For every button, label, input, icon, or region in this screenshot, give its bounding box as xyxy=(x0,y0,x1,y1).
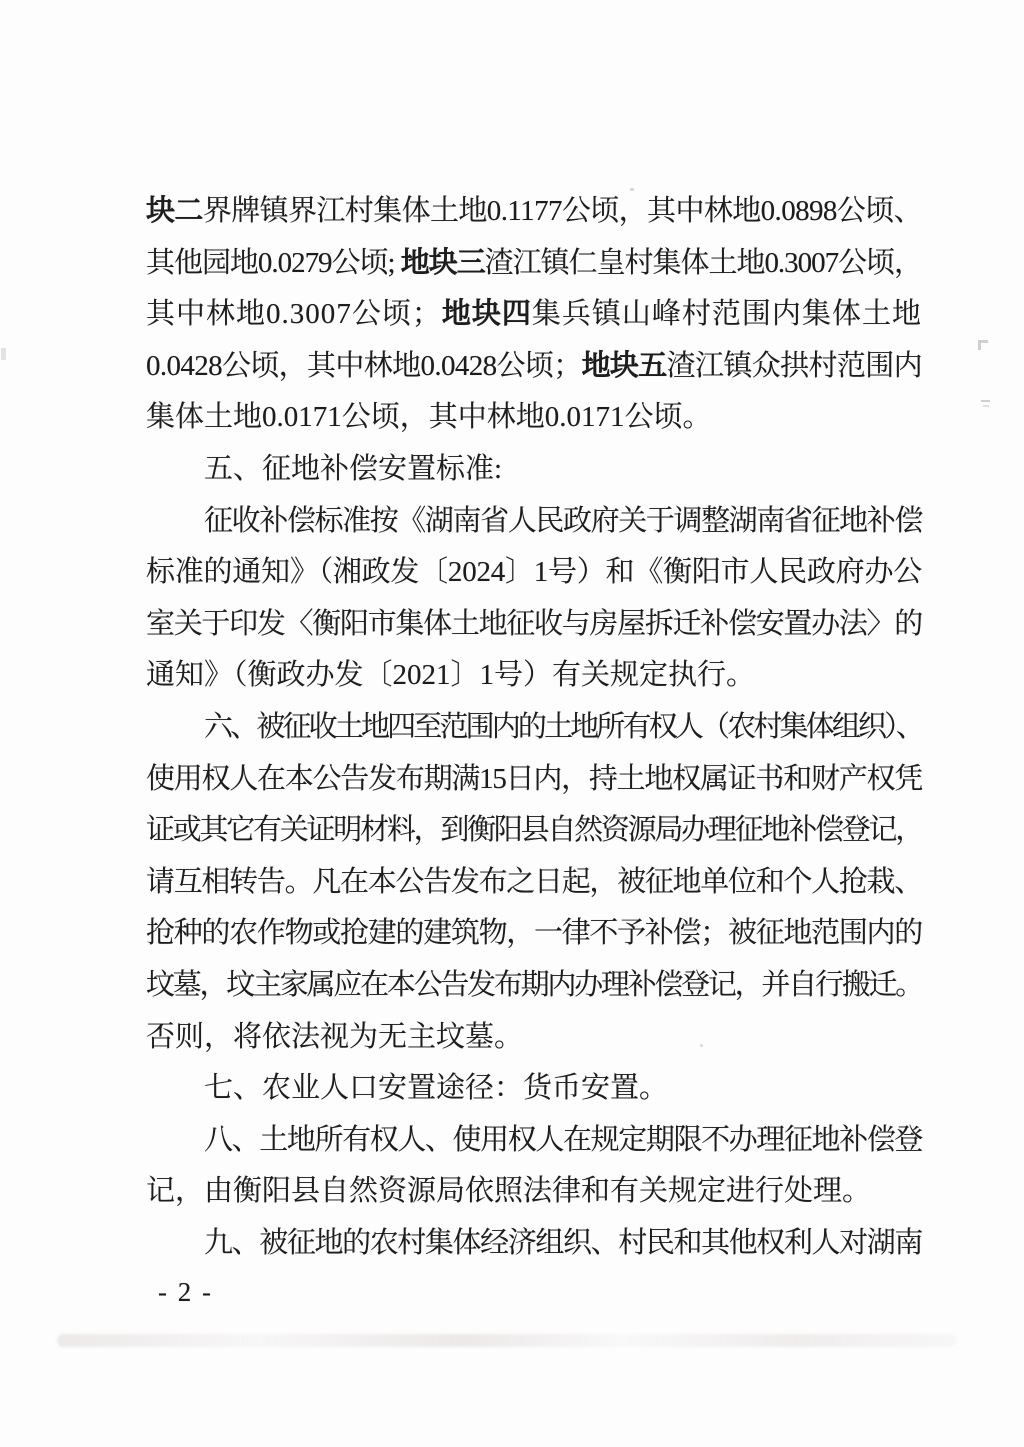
text-line: 通知》（衡政办发〔2021〕1号）有关规定执行。 xyxy=(146,650,922,702)
text-segment: 抢种的农作物或抢建的建筑物，一律不予补偿；被征地范围内的 xyxy=(146,917,922,949)
text-segment: 渣江镇众拱村范围内 xyxy=(667,350,922,382)
text-segment: 使用权人在本公告发布期满15日内，持土地权属证书和财产权凭 xyxy=(146,763,922,795)
text-line: 其中林地0.3007公顷；地块四集兵镇山峰村范围内集体土地 xyxy=(146,289,922,341)
bold-text-segment: 地块四 xyxy=(442,298,532,330)
bold-text-segment: 块二 xyxy=(146,195,203,227)
text-segment: 八、土地所有权人、使用权人在规定期限不办理征地补偿登 xyxy=(204,1124,922,1156)
text-line: 请互相转告。凡在本公告发布之日起，被征地单位和个人抢栽、 xyxy=(146,857,922,909)
text-line: 六、被征收土地四至范围内的土地所有权人（农村集体组织）、 xyxy=(146,702,922,754)
text-line: 九、被征地的农村集体经济组织、村民和其他权利人对湖南 xyxy=(146,1218,922,1270)
text-segment: 五、征地补偿安置标准: xyxy=(204,453,502,485)
text-line: 记，由衡阳县自然资源局依照法律和有关规定进行处理。 xyxy=(146,1166,922,1218)
text-segment: 征收补偿标准按《湖南省人民政府关于调整湖南省征地补偿 xyxy=(204,505,922,537)
text-segment: 记，由衡阳县自然资源局依照法律和有关规定进行处理。 xyxy=(146,1175,871,1207)
text-segment: 否则，将依法视为无主坟墓。 xyxy=(146,1021,523,1053)
text-segment: 渣江镇仁皇村集体土地0.3007公顷， xyxy=(485,247,922,279)
text-segment: 室关于印发〈衡阳市集体土地征收与房屋拆迁补偿安置办法〉的 xyxy=(146,608,922,640)
text-line: 征收补偿标准按《湖南省人民政府关于调整湖南省征地补偿 xyxy=(146,496,922,548)
text-segment: 证或其它有关证明材料，到衡阳县自然资源局办理征地补偿登记， xyxy=(146,814,922,846)
text-segment: 七、农业人口安置途径：货币安置。 xyxy=(204,1072,668,1104)
text-segment: 六、被征收土地四至范围内的土地所有权人（农村集体组织）、 xyxy=(204,711,922,743)
scan-speck-artifact xyxy=(700,1044,703,1047)
text-line: 其他园地0.0279公顷; 地块三渣江镇仁皇村集体土地0.3007公顷， xyxy=(146,238,922,290)
text-line: 抢种的农作物或抢建的建筑物，一律不予补偿；被征地范围内的 xyxy=(146,908,922,960)
text-line: 标准的通知》（湘政发〔2024〕1号）和《衡阳市人民政府办公 xyxy=(146,547,922,599)
text-line: 集体土地0.0171公顷，其中林地0.0171公顷。 xyxy=(146,392,922,444)
text-segment: 坟墓，坟主家属应在本公告发布期内办理补偿登记，并自行搬迁。 xyxy=(146,969,922,1001)
text-segment: 其中林地0.3007公顷； xyxy=(146,298,442,330)
text-line: 五、征地补偿安置标准: xyxy=(146,444,922,496)
text-line: 否则，将依法视为无主坟墓。 xyxy=(146,1012,922,1064)
scan-speck-artifact xyxy=(1,348,6,360)
text-segment: 集兵镇山峰村范围内集体土地 xyxy=(532,298,922,330)
page-number: - 2 - xyxy=(158,1272,213,1312)
bold-text-segment: 地块三 xyxy=(401,247,485,279)
text-line: 块二界牌镇界江村集体土地0.1177公顷，其中林地0.0898公顷、 xyxy=(146,186,922,238)
text-line: 证或其它有关证明材料，到衡阳县自然资源局办理征地补偿登记， xyxy=(146,805,922,857)
text-segment: 九、被征地的农村集体经济组织、村民和其他权利人对湖南 xyxy=(204,1227,922,1259)
text-segment: 界牌镇界江村集体土地0.1177公顷，其中林地0.0898公顷、 xyxy=(203,195,922,227)
document-body-text: 块二界牌镇界江村集体土地0.1177公顷，其中林地0.0898公顷、其他园地0.… xyxy=(146,186,922,1269)
scan-smudge-artifact xyxy=(57,1334,957,1347)
text-segment: 请互相转告。凡在本公告发布之日起，被征地单位和个人抢栽、 xyxy=(146,866,922,898)
scan-speck-artifact xyxy=(978,343,981,350)
scan-speck-artifact xyxy=(630,188,634,191)
text-segment: 标准的通知》（湘政发〔2024〕1号）和《衡阳市人民政府办公 xyxy=(146,556,922,588)
scan-speck-artifact xyxy=(983,405,989,407)
text-line: 七、农业人口安置途径：货币安置。 xyxy=(146,1063,922,1115)
text-line: 0.0428公顷，其中林地0.0428公顷；地块五渣江镇众拱村范围内 xyxy=(146,341,922,393)
text-line: 坟墓，坟主家属应在本公告发布期内办理补偿登记，并自行搬迁。 xyxy=(146,960,922,1012)
scanned-document-page: 块二界牌镇界江村集体土地0.1177公顷，其中林地0.0898公顷、其他园地0.… xyxy=(0,0,1024,1447)
text-line: 室关于印发〈衡阳市集体土地征收与房屋拆迁补偿安置办法〉的 xyxy=(146,599,922,651)
text-segment: 0.0428公顷，其中林地0.0428公顷； xyxy=(146,350,582,382)
text-segment: 集体土地0.0171公顷，其中林地0.0171公顷。 xyxy=(146,401,712,433)
text-segment: 其他园地0.0279公顷; xyxy=(146,247,401,279)
scan-speck-artifact xyxy=(981,400,990,402)
text-line: 八、土地所有权人、使用权人在规定期限不办理征地补偿登 xyxy=(146,1115,922,1167)
bold-text-segment: 地块五 xyxy=(582,350,667,382)
text-line: 使用权人在本公告发布期满15日内，持土地权属证书和财产权凭 xyxy=(146,754,922,806)
text-segment: 通知》（衡政办发〔2021〕1号）有关规定执行。 xyxy=(146,659,755,691)
